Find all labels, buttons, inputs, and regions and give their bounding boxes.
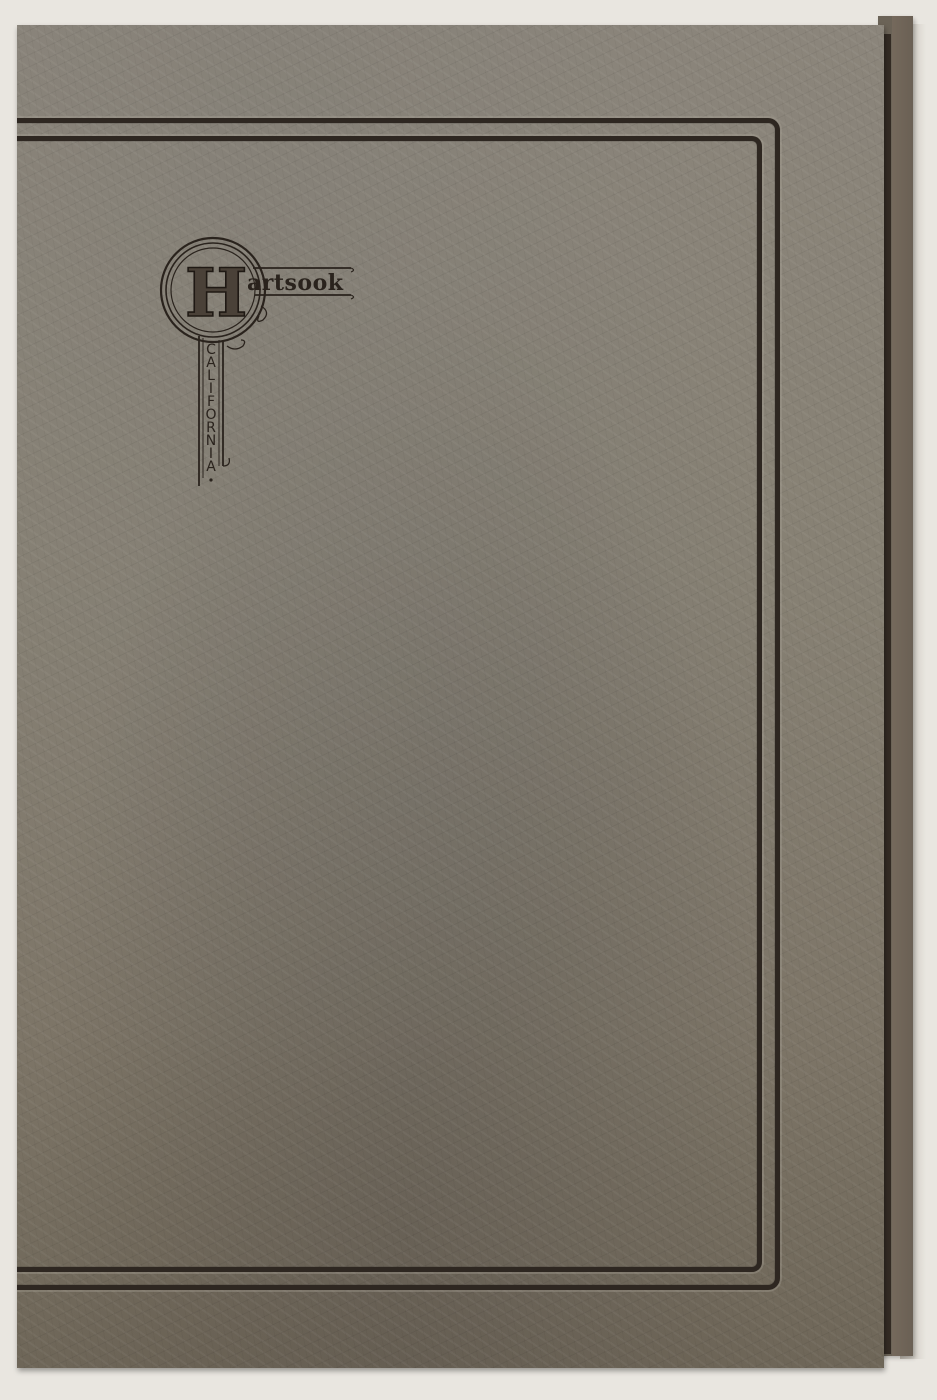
frame-inner-line <box>17 136 762 1272</box>
back-cover-edge <box>892 16 913 1356</box>
front-cover: H artsook C A L I F O R N I A <box>17 25 884 1368</box>
location-letter: A <box>206 459 216 475</box>
hartsook-monogram-logo: H artsook C A L I F O R N I A <box>151 228 361 488</box>
brand-name: artsook <box>247 270 344 296</box>
monogram-dot <box>209 478 212 481</box>
monogram-letter: H <box>185 254 247 332</box>
